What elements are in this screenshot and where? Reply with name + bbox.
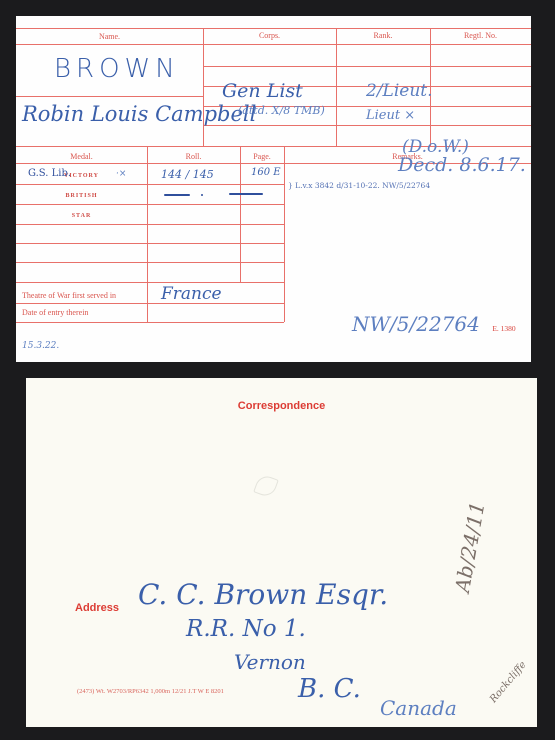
rule-line [203,28,204,146]
correspondence-title: Correspondence [26,400,537,412]
page-header: Page. [240,152,284,161]
medal-card-front: Name. Corps. Rank. Regtl. No. BROWN Robi… [16,16,531,362]
rule-line [203,66,531,67]
rank-value-2: Lieut × [366,108,415,123]
rank-value: 2/Lieut. [366,81,433,101]
rule-line [16,224,284,225]
rule-line [16,322,284,323]
surname-value: BROWN [54,54,180,84]
given-names-value: Robin Louis Campbell [22,102,256,126]
theatre-value: France [161,284,222,304]
medal-british-label: BRITISH [16,193,147,199]
address-line-2: R.R. No 1. [186,616,306,642]
corps-header: Corps. [203,31,336,40]
remarks-died: Decd. 8.6.17. [398,154,526,176]
roll-header: Roll. [147,152,240,161]
medal-card-back: Correspondence Address C. C. Brown Esqr.… [26,378,537,727]
rule-line [336,28,337,146]
ditto-dot [201,194,203,196]
medal-victory-page: 160 E [251,167,281,178]
rule-line [240,146,241,282]
address-line-3: Vernon [234,650,306,674]
address-label: Address [75,602,119,614]
pencil-note: Ab/24/11 [450,500,490,594]
rule-line [16,303,284,304]
stamp-date: 15.3.22. [22,341,59,351]
rule-line [284,146,285,322]
rule-line [16,262,284,263]
rule-line [16,96,203,97]
rank-header: Rank. [336,31,430,40]
pencil-note-2: Rockcliffe [488,660,529,706]
reference-number: NW/5/22764 [352,312,480,336]
address-line-1: C. C. Brown Esqr. [138,578,388,611]
rule-line [16,282,284,283]
name-header: Name. [16,32,203,41]
medal-star-label: STAR [16,213,147,219]
rule-line [16,28,531,29]
rule-line [16,243,284,244]
ditto-mark [229,193,263,195]
rule-line [16,184,284,185]
medal-header: Medal. [16,152,147,161]
remarks-ref-line: } L.v.x 3842 d/31-10-22. NW/5/22764 [288,181,430,190]
leaf-watermark-icon [253,473,279,499]
date-entry-label: Date of entry therein [22,308,150,317]
corps-value: Gen List [222,80,303,102]
theatre-label: Theatre of War first served in [22,291,150,300]
medal-victory-prefix: G.S. Lib. [28,168,71,179]
corps-attachment-value: (attd. X/8 TMB) [238,104,325,117]
address-line-5: Canada [380,696,457,720]
ditto-mark [164,194,190,196]
address-line-4: B. C. [298,674,361,704]
regtl-no-header: Regtl. No. [430,31,531,40]
rule-line [16,163,284,164]
print-footer: (2473) Wt. W2703/RP6342 1,000m 12/21 J.T… [77,688,224,695]
form-number: E. 1380 [484,324,524,333]
medal-victory-roll: 144 / 145 [161,168,214,181]
rule-line [16,204,284,205]
rule-line [16,44,531,45]
medal-victory-mark: ·× [116,169,126,179]
